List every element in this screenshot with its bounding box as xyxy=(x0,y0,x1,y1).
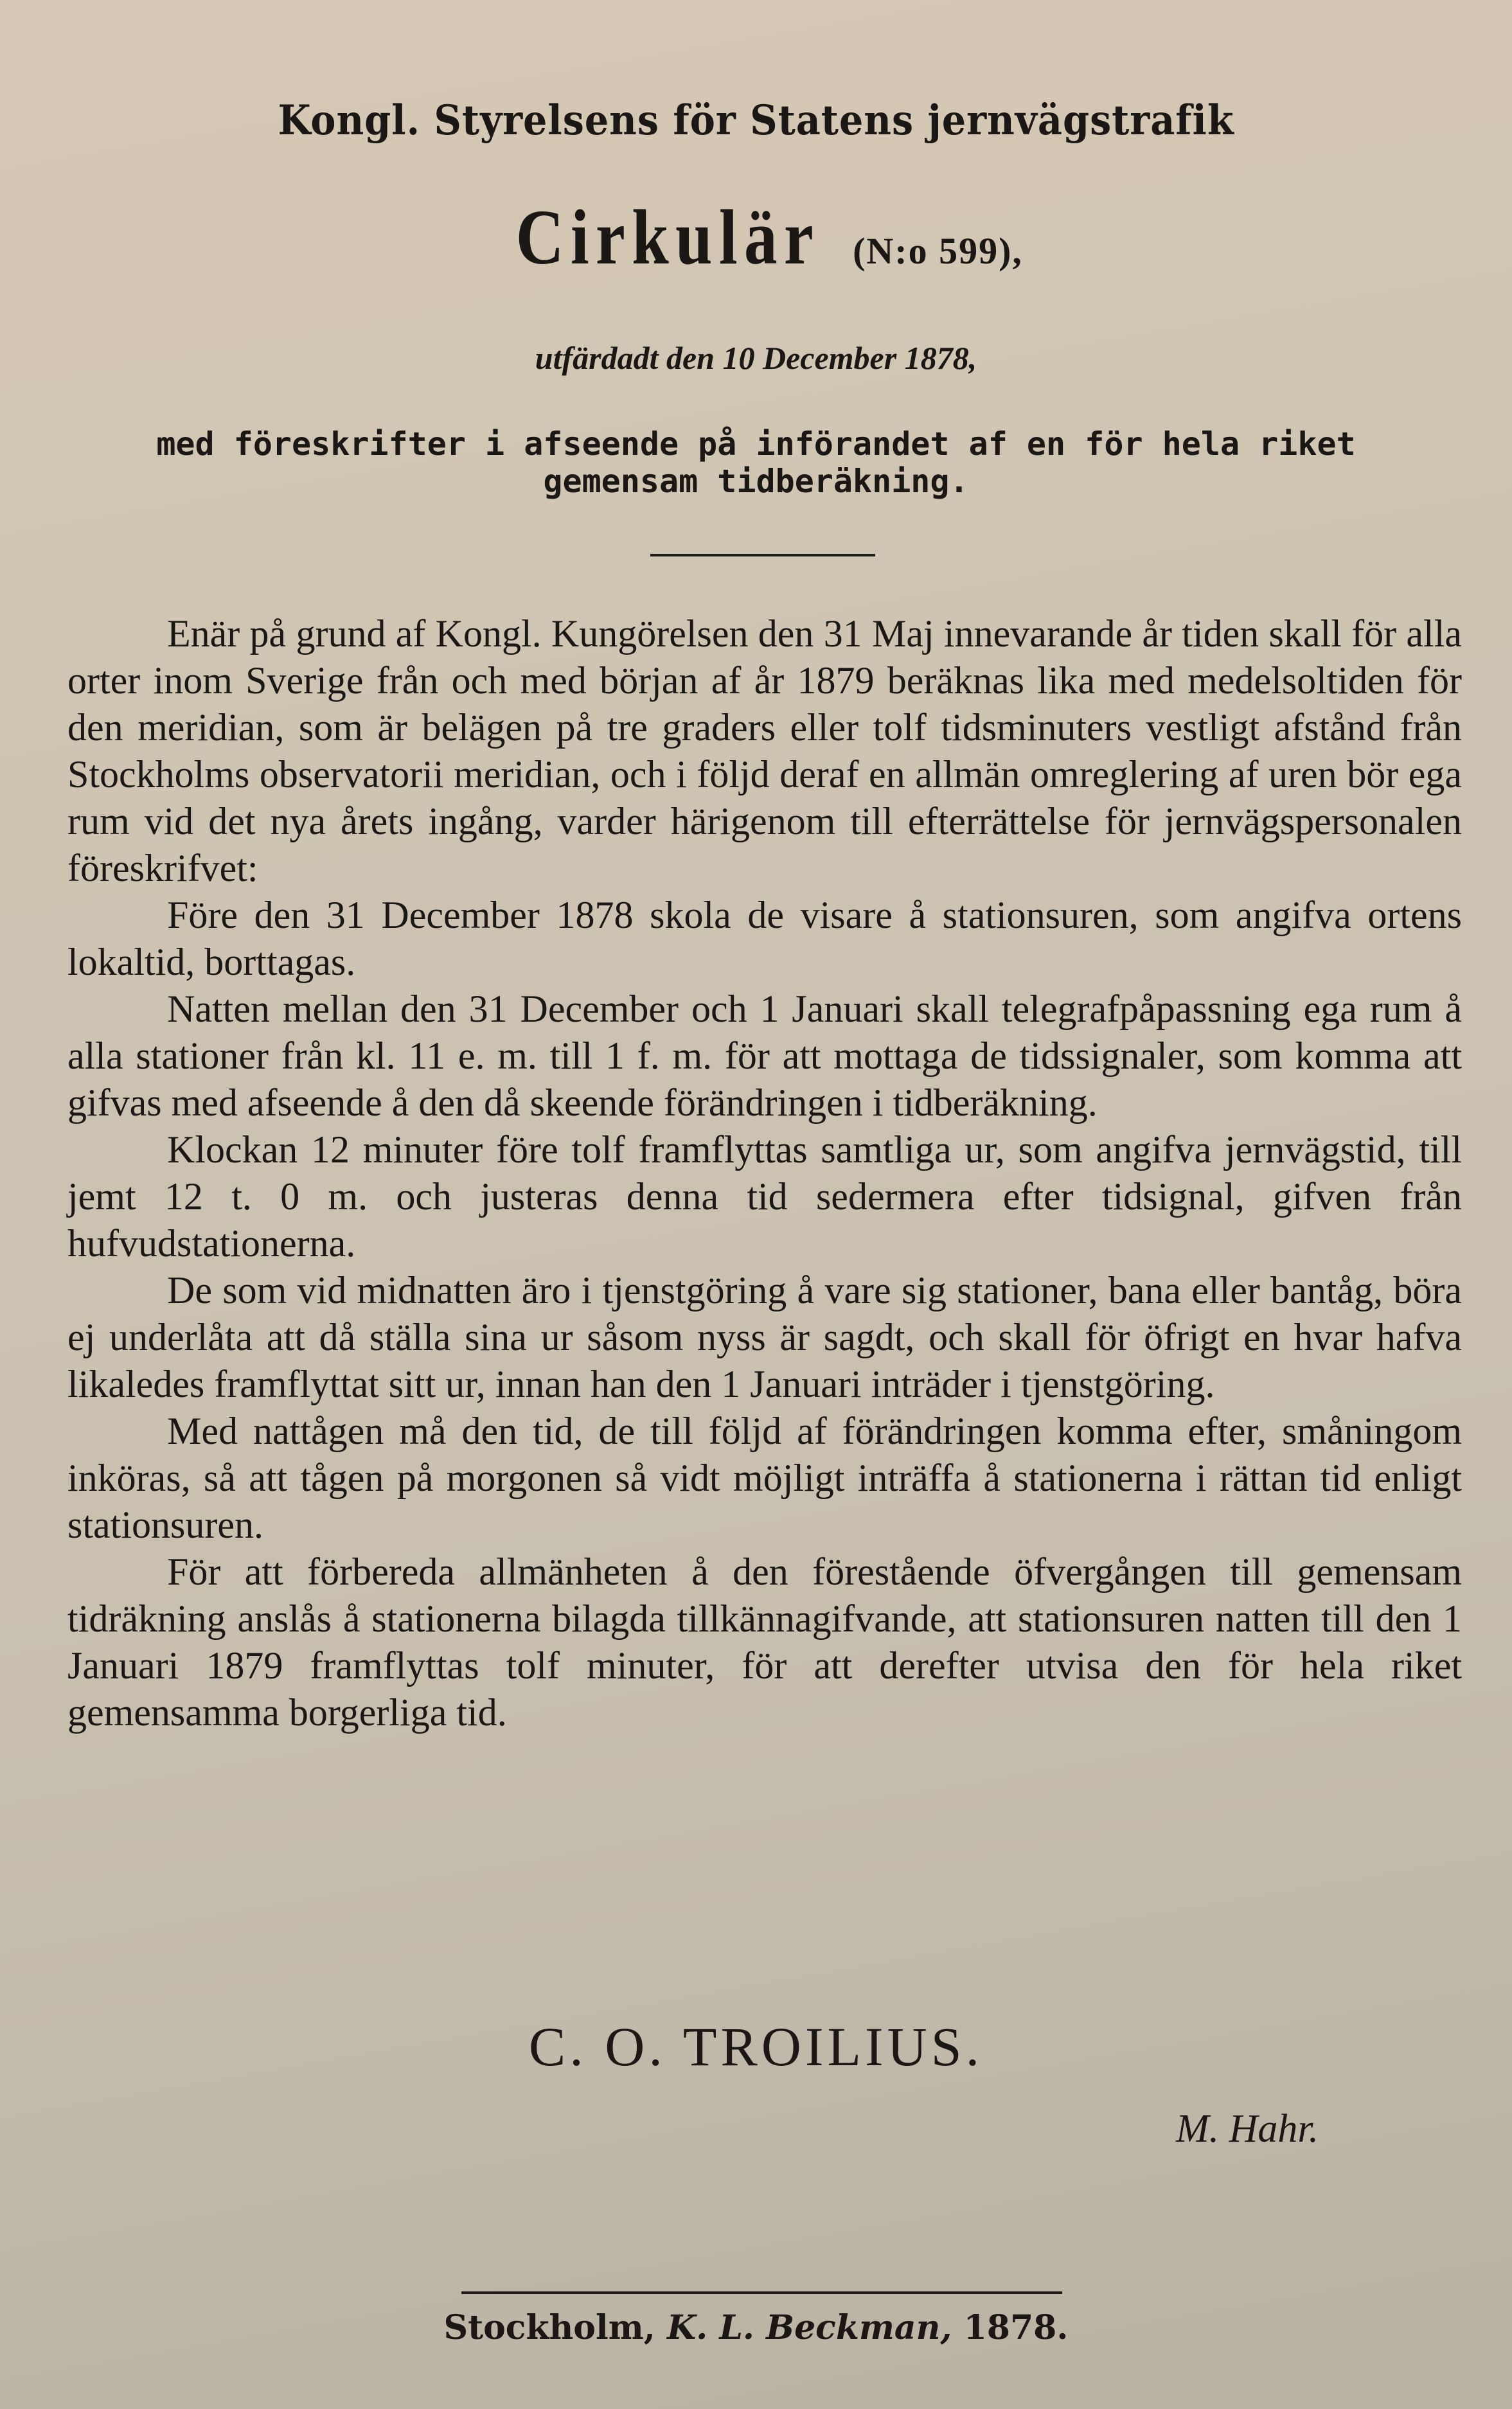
paragraph-public-notice: För att förbereda allmänheten å den före… xyxy=(67,1549,1462,1736)
imprint-year: 1878. xyxy=(964,2308,1069,2347)
title-word: Cirkulär xyxy=(516,193,820,283)
header-divider xyxy=(650,554,875,556)
paragraph-staff-on-duty: De som vid midnatten äro i tjenstgöring … xyxy=(67,1267,1462,1408)
paragraph-night-trains: Med nattågen må den tid, de till följd a… xyxy=(67,1408,1462,1549)
paragraph-telegraph-watch: Natten mellan den 31 December och 1 Janu… xyxy=(67,986,1462,1126)
signature: C. O. TROILIUS. xyxy=(0,2014,1512,2079)
issuing-authority: Kongl. Styrelsens för Statens jernvägstr… xyxy=(60,96,1452,145)
footer-divider xyxy=(461,2291,1062,2294)
imprint-printer: K. L. Beckman, xyxy=(667,2308,952,2347)
circular-number: (N:o 599), xyxy=(853,230,1023,272)
paragraph-preamble: Enär på grund af Kongl. Kungörelsen den … xyxy=(67,610,1462,892)
printer-imprint: Stockholm, K. L. Beckman, 1878. xyxy=(0,2308,1512,2347)
document-subject: med föreskrifter i afseende på införande… xyxy=(129,425,1383,500)
paragraph-remove-hands: Före den 31 December 1878 skola de visar… xyxy=(67,892,1462,986)
countersignature: M. Hahr. xyxy=(1176,2106,1319,2152)
body-text: Enär på grund af Kongl. Kungörelsen den … xyxy=(67,610,1462,1736)
document-page: Kongl. Styrelsens för Statens jernvägstr… xyxy=(0,0,1512,2409)
paragraph-clock-advance: Klockan 12 minuter före tolf framflyttas… xyxy=(67,1126,1462,1267)
document-title: Cirkulär (N:o 599), xyxy=(0,193,1512,283)
issue-date: utfärdadt den 10 December 1878, xyxy=(0,339,1512,377)
imprint-place: Stockholm, xyxy=(444,2308,655,2347)
